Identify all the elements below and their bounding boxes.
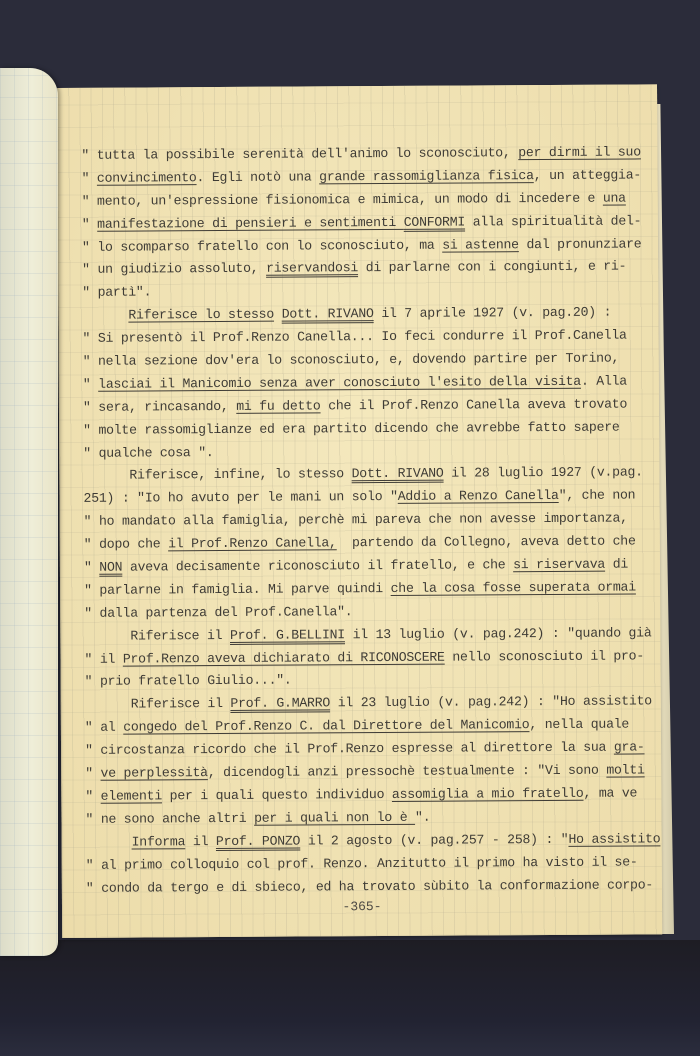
text-line: " manifestazione di pensieri e sentiment… [82,210,672,236]
page-number: -365- [62,897,662,916]
paragraph-indent [83,468,129,483]
text-segment: " ne sono anche altri [85,811,254,827]
underlined-text: Prof.Renzo aveva dichiarato di RICONOSCE… [123,649,445,666]
left-page-edge [0,68,58,956]
text-segment: , un atteggia- [534,167,641,183]
text-line: " elementi per i quali questo individuo … [85,782,675,808]
text-line: " al primo colloquio col prof. Renzo. An… [86,851,676,877]
text-segment: per i quali questo individuo [162,787,392,803]
text-segment: " Si presentò il Prof.Renzo Canella... I… [82,328,626,346]
double-underlined-text: Prof. G.BELLINI [230,627,345,643]
underlined-text: si astenne [442,237,519,252]
text-segment: alla spiritualità del- [465,213,641,229]
text-line: " condo da tergo e di sbieco, ed ha trov… [86,874,676,900]
text-segment: il 28 luglio 1927 (v.pag. [444,465,643,481]
dark-background [0,940,700,1056]
text-segment: " circostanza ricordo che il Prof.Renzo … [85,740,614,758]
text-segment: " molte rassomiglianze ed era partito di… [83,419,620,437]
text-segment: " tutta la possibile serenità dell'animo… [81,145,518,163]
text-line: " mento, un'espressione fisionomica e mi… [82,187,672,213]
text-segment: " [85,789,100,804]
text-segment: ", che non [559,488,636,503]
text-segment: " qualche cosa ". [83,445,213,461]
text-segment: il 2 agosto (v. pag.257 - 258) : " [300,832,568,849]
double-underlined-text: Dott. RIVANO [282,306,374,322]
text-line: " convincimento. Egli notò una grande ra… [81,164,671,190]
underlined-text: per dirmi il suo [518,144,641,160]
underlined-text: manifestazione di pensieri e sentimenti [97,215,404,232]
text-segment: , ma ve [583,785,637,800]
text-line: " tutta la possibile serenità dell'animo… [81,141,671,167]
text-segment: " al primo colloquio col prof. Renzo. An… [86,854,638,872]
paragraph-indent [84,628,130,643]
text-segment: " il [84,651,122,666]
text-segment: " dopo che [84,536,168,552]
double-underlined-text: CONFORMI [404,214,465,229]
text-segment: " dalla partenza del Prof.Canella". [84,604,352,621]
text-line: " un giudizio assoluto, riservandosi di … [82,256,672,282]
text-segment: ". [415,810,430,825]
text-segment: partendo da Collegno, aveva detto che [337,534,636,551]
text-segment: " al [85,720,123,735]
typewritten-page: " tutta la possibile serenità dell'animo… [57,84,662,938]
underlined-text: Addio a Renzo Canella [398,488,559,504]
underlined-text: si riservava [513,557,605,573]
text-segment: aveva decisamente riconosciuto il fratel… [122,557,513,574]
underlined-text: Riferisce lo stesso [128,307,274,323]
text-line: " sera, rincasando, mi fu detto che il P… [83,393,673,419]
text-segment: di [605,557,628,572]
text-segment: di parlarne con i congiunti, e ri- [358,259,626,276]
text-segment: " partì". [82,285,151,300]
text-segment: Riferisce il [130,628,230,644]
underlined-text: elementi [101,788,162,803]
text-segment: " [82,216,97,231]
paragraph-indent [86,834,132,849]
paragraph-indent [82,308,128,323]
text-line: " il Prof.Renzo aveva dichiarato di RICO… [84,645,674,671]
text-segment: dal pronunziare [519,236,642,252]
text-segment: , nella quale [529,717,629,733]
underlined-text: mi fu detto [236,398,320,414]
text-segment: il 13 luglio (v. pag.242) : "quando già [345,625,652,642]
text-segment: che il Prof.Renzo Canella aveva trovato [320,396,627,413]
underlined-text: ve perplessità [100,765,207,781]
text-segment: " condo da tergo e di sbieco, ed ha trov… [86,877,653,895]
text-segment: " lo scomparso fratello con lo sconosciu… [82,237,442,254]
text-segment: " [83,377,98,392]
text-segment: nello sconosciuto il pro- [445,648,644,664]
text-line: Riferisce il Prof. G.BELLINI il 13 lugli… [84,622,674,648]
text-segment: il 23 luglio (v. pag.242) : "Ho assistit… [330,694,652,711]
underlined-text: grande rassomiglianza fisica [319,168,534,184]
text-segment: 251) : "Io ho avuto per le mani un solo … [83,489,397,506]
text-segment: " [82,171,97,186]
text-line: " parlarne in famiglia. Mi parve quindi … [84,576,674,602]
underlined-text: per i quali non lo è [254,810,415,826]
text-line: Informa il Prof. PONZO il 2 agosto (v. p… [86,828,676,854]
double-underlined-text: NON [99,560,122,575]
text-segment: " nella sezione dov'era lo sconosciuto, … [83,351,620,369]
text-segment: il 7 aprile 1927 (v. pag.20) : [374,305,612,321]
text-segment: " parlarne in famiglia. Mi parve quindi [84,581,391,598]
text-segment: " mento, un'espressione fisionomica e mi… [82,190,603,208]
underlined-text: congedo del Prof.Renzo C. dal Direttore … [123,717,529,734]
text-segment: Riferisce, infine, lo stesso [129,467,351,483]
underlined-text: gra- [614,740,645,755]
underlined-text: una [603,190,626,205]
double-underlined-text: Prof. G.MARRO [230,696,330,712]
text-line: " lasciai il Manicomio senza aver conosc… [83,370,673,396]
underlined-text: assomiglia a mio fratello [392,786,584,802]
page-body-text: " tutta la possibile serenità dell'animo… [81,141,676,900]
underlined-text: lasciai il Manicomio senza aver conosciu… [98,374,581,392]
underlined-text: che la cosa fosse superata ormai [391,579,636,595]
underlined-text: molti [606,762,644,777]
underlined-text: il Prof.Renzo Canella, [168,535,337,551]
paragraph-indent [85,697,131,712]
text-segment: " ho mandato alla famiglia, perchè mi pa… [84,511,628,529]
underlined-text: convincimento [97,170,197,186]
text-segment: Riferisce il [131,696,231,712]
text-segment: . Egli notò una [196,169,319,185]
double-underlined-text: Dott. RIVANO [352,466,444,482]
text-segment: il [185,834,216,849]
text-line: " molte rassomiglianze ed era partito di… [83,416,673,442]
text-segment: " sera, rincasando, [83,399,236,415]
text-segment: " un giudizio assoluto, [82,261,266,277]
text-segment: , dicendogli anzi pressochè testualmente… [208,763,607,780]
text-segment: " prio fratello Giulio...". [85,673,292,689]
text-segment: " [85,766,100,781]
double-underlined-text: riservandosi [266,261,358,277]
underlined-text: Informa [132,834,186,849]
text-segment: " [84,560,99,575]
text-segment: . Alla [581,373,627,388]
underlined-text: Ho assistito [568,831,660,847]
double-underlined-text: Prof. PONZO [216,833,300,849]
